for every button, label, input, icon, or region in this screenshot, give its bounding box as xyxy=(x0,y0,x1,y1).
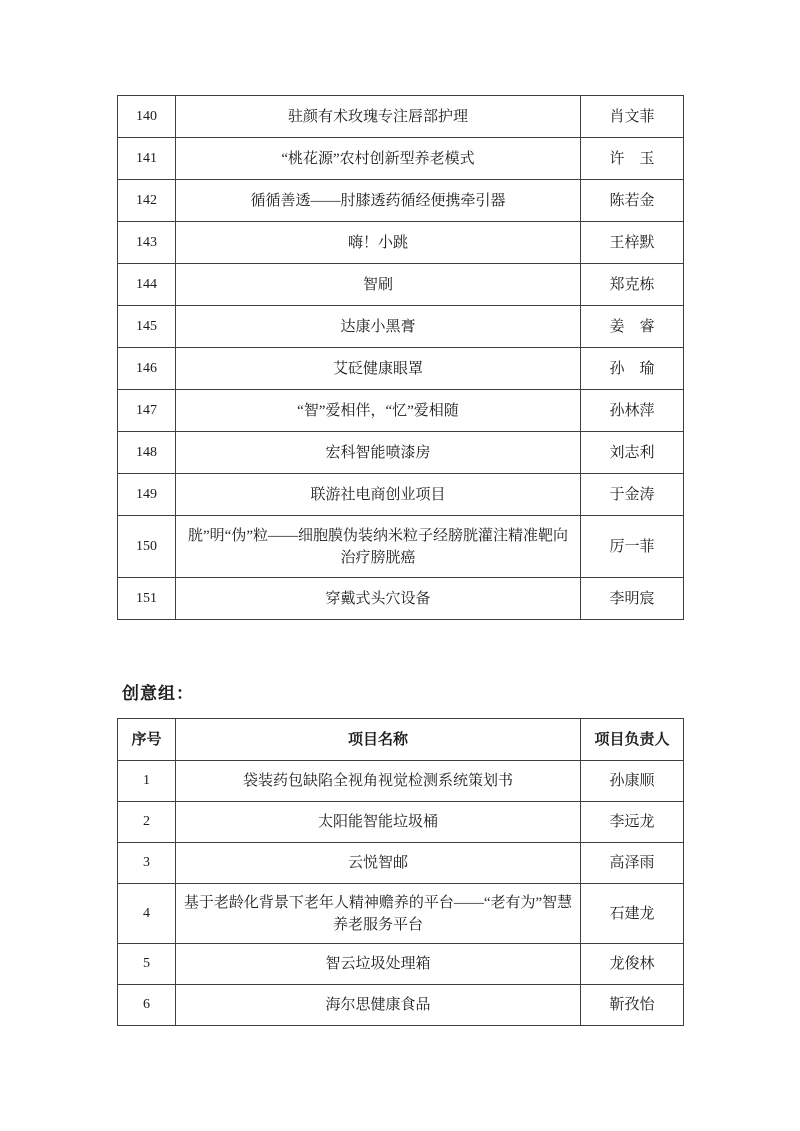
cell-project-name: 袋装药包缺陷全视角视觉检测系统策划书 xyxy=(176,761,581,802)
cell-project-leader: 李远龙 xyxy=(581,802,684,843)
cell-project-leader: 龙俊林 xyxy=(581,944,684,985)
cell-serial-number: 140 xyxy=(118,96,176,138)
projects-table-continued: 140驻颜有术玫瑰专注唇部护理肖文菲141“桃花源”农村创新型养老模式许 玉14… xyxy=(117,95,684,620)
creative-group-table: 序号 项目名称 项目负责人 1袋装药包缺陷全视角视觉检测系统策划书孙康顺2太阳能… xyxy=(117,718,684,1026)
cell-project-name: 驻颜有术玫瑰专注唇部护理 xyxy=(176,96,581,138)
table-row: 142循循善透——肘膝透药循经便携牵引器陈若金 xyxy=(118,180,684,222)
cell-serial-number: 151 xyxy=(118,578,176,620)
cell-serial-number: 149 xyxy=(118,474,176,516)
header-serial-number: 序号 xyxy=(118,719,176,761)
projects-table-body: 140驻颜有术玫瑰专注唇部护理肖文菲141“桃花源”农村创新型养老模式许 玉14… xyxy=(118,96,684,620)
header-project-name: 项目名称 xyxy=(176,719,581,761)
table-header-row: 序号 项目名称 项目负责人 xyxy=(118,719,684,761)
cell-project-name: 海尔思健康食品 xyxy=(176,985,581,1026)
cell-project-leader: 刘志利 xyxy=(581,432,684,474)
creative-group-table-body: 1袋装药包缺陷全视角视觉检测系统策划书孙康顺2太阳能智能垃圾桶李远龙3云悦智邮高… xyxy=(118,761,684,1026)
table-row: 5智云垃圾处理箱龙俊林 xyxy=(118,944,684,985)
table-row: 145达康小黑膏姜 睿 xyxy=(118,306,684,348)
cell-project-leader: 王梓默 xyxy=(581,222,684,264)
cell-project-leader: 许 玉 xyxy=(581,138,684,180)
cell-project-leader: 高泽雨 xyxy=(581,843,684,884)
cell-project-name: “智”爱相伴，“忆”爱相随 xyxy=(176,390,581,432)
cell-project-leader: 厉一菲 xyxy=(581,516,684,578)
cell-project-name: 基于老龄化背景下老年人精神赡养的平台——“老有为”智慧养老服务平台 xyxy=(176,884,581,944)
cell-project-leader: 孙 瑜 xyxy=(581,348,684,390)
cell-serial-number: 2 xyxy=(118,802,176,843)
cell-serial-number: 148 xyxy=(118,432,176,474)
cell-serial-number: 143 xyxy=(118,222,176,264)
cell-project-name: 循循善透——肘膝透药循经便携牵引器 xyxy=(176,180,581,222)
cell-serial-number: 4 xyxy=(118,884,176,944)
cell-project-leader: 孙康顺 xyxy=(581,761,684,802)
table-row: 143嗨！小跳王梓默 xyxy=(118,222,684,264)
cell-project-name: 穿戴式头穴设备 xyxy=(176,578,581,620)
cell-serial-number: 1 xyxy=(118,761,176,802)
cell-project-leader: 于金涛 xyxy=(581,474,684,516)
cell-serial-number: 144 xyxy=(118,264,176,306)
cell-serial-number: 3 xyxy=(118,843,176,884)
cell-project-leader: 郑克栋 xyxy=(581,264,684,306)
table-row: 140驻颜有术玫瑰专注唇部护理肖文菲 xyxy=(118,96,684,138)
cell-project-name: 达康小黑膏 xyxy=(176,306,581,348)
table-row: 149联游社电商创业项目于金涛 xyxy=(118,474,684,516)
cell-serial-number: 142 xyxy=(118,180,176,222)
cell-project-name: 联游社电商创业项目 xyxy=(176,474,581,516)
table-row: 6海尔思健康食品靳孜怡 xyxy=(118,985,684,1026)
cell-project-name: 云悦智邮 xyxy=(176,843,581,884)
cell-serial-number: 145 xyxy=(118,306,176,348)
cell-project-leader: 石建龙 xyxy=(581,884,684,944)
cell-serial-number: 150 xyxy=(118,516,176,578)
cell-project-name: 智云垃圾处理箱 xyxy=(176,944,581,985)
cell-serial-number: 141 xyxy=(118,138,176,180)
document-page: 140驻颜有术玫瑰专注唇部护理肖文菲141“桃花源”农村创新型养老模式许 玉14… xyxy=(0,0,800,1131)
cell-project-name: 艾砭健康眼罩 xyxy=(176,348,581,390)
table-row: 151穿戴式头穴设备李明宸 xyxy=(118,578,684,620)
cell-project-name: “桃花源”农村创新型养老模式 xyxy=(176,138,581,180)
table-row: 3云悦智邮高泽雨 xyxy=(118,843,684,884)
cell-serial-number: 146 xyxy=(118,348,176,390)
cell-project-leader: 肖文菲 xyxy=(581,96,684,138)
table-row: 147“智”爱相伴，“忆”爱相随孙林萍 xyxy=(118,390,684,432)
cell-project-name: 智刷 xyxy=(176,264,581,306)
cell-serial-number: 147 xyxy=(118,390,176,432)
header-project-leader: 项目负责人 xyxy=(581,719,684,761)
section-heading-creative-group: 创意组： xyxy=(122,682,194,706)
cell-project-leader: 孙林萍 xyxy=(581,390,684,432)
cell-project-name: 宏科智能喷漆房 xyxy=(176,432,581,474)
table-row: 2太阳能智能垃圾桶李远龙 xyxy=(118,802,684,843)
cell-project-name: 嗨！小跳 xyxy=(176,222,581,264)
cell-project-leader: 姜 睿 xyxy=(581,306,684,348)
cell-project-leader: 李明宸 xyxy=(581,578,684,620)
table-row: 144智刷郑克栋 xyxy=(118,264,684,306)
table-row: 141“桃花源”农村创新型养老模式许 玉 xyxy=(118,138,684,180)
cell-project-name: 太阳能智能垃圾桶 xyxy=(176,802,581,843)
cell-serial-number: 5 xyxy=(118,944,176,985)
cell-serial-number: 6 xyxy=(118,985,176,1026)
table-row: 150胱”明“伪”粒——细胞膜伪装纳米粒子经膀胱灌注精准靶向治疗膀胱癌厉一菲 xyxy=(118,516,684,578)
table-row: 1袋装药包缺陷全视角视觉检测系统策划书孙康顺 xyxy=(118,761,684,802)
table-row: 148宏科智能喷漆房刘志利 xyxy=(118,432,684,474)
table-row: 146艾砭健康眼罩孙 瑜 xyxy=(118,348,684,390)
cell-project-leader: 陈若金 xyxy=(581,180,684,222)
cell-project-name: 胱”明“伪”粒——细胞膜伪装纳米粒子经膀胱灌注精准靶向治疗膀胱癌 xyxy=(176,516,581,578)
cell-project-leader: 靳孜怡 xyxy=(581,985,684,1026)
table-row: 4基于老龄化背景下老年人精神赡养的平台——“老有为”智慧养老服务平台石建龙 xyxy=(118,884,684,944)
